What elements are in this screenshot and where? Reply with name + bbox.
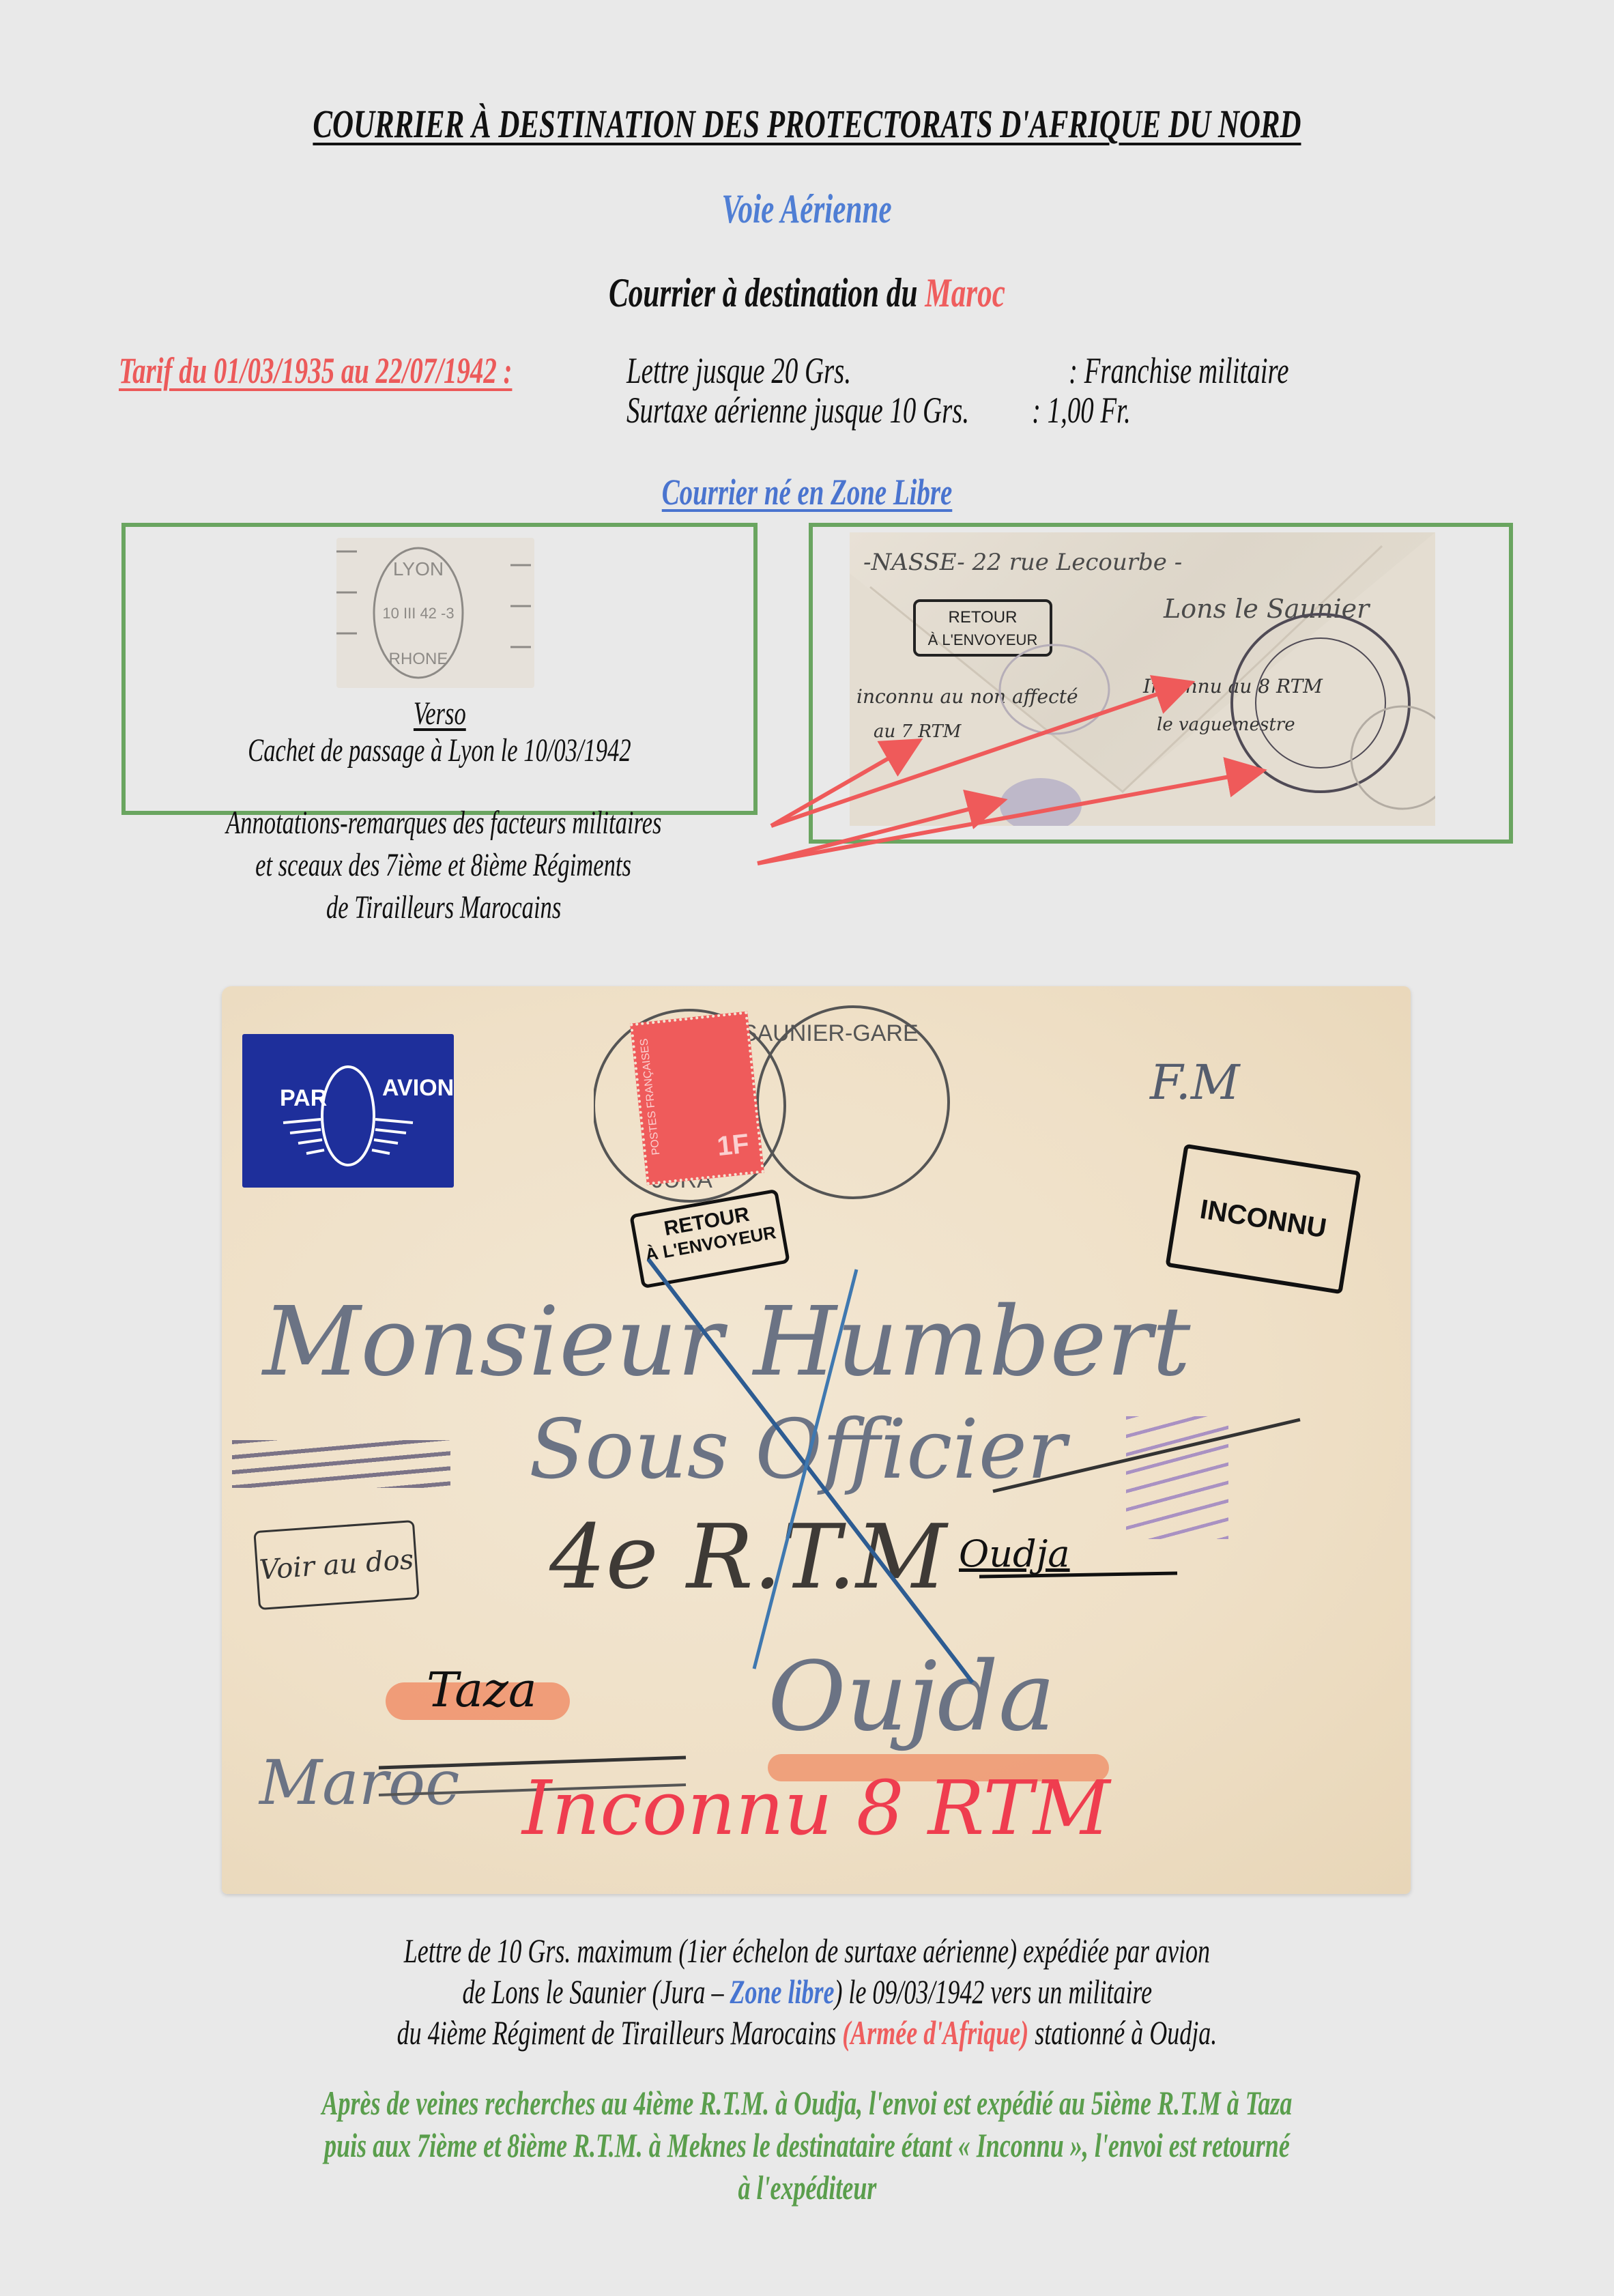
envelope-front: PAR AVION LONS-LE-SAUNIER-GARE JURA 9 3 …	[222, 986, 1411, 1894]
armee-afrique-highlight: (Armée d'Afrique)	[842, 2013, 1028, 2052]
story-paragraph: Après de veines recherches au 4ième R.T.…	[0, 2082, 1614, 2209]
blue-cross-mark	[222, 986, 1411, 1894]
envelope-caption: Lettre de 10 Grs. maximum (1ier échelon …	[0, 1930, 1614, 2053]
annotation-text: Annotations-remarques des facteurs milit…	[102, 802, 785, 929]
zone-libre-highlight: Zone libre	[730, 1972, 834, 2011]
red-inconnu-note: Inconnu 8 RTM	[522, 1764, 1110, 1852]
